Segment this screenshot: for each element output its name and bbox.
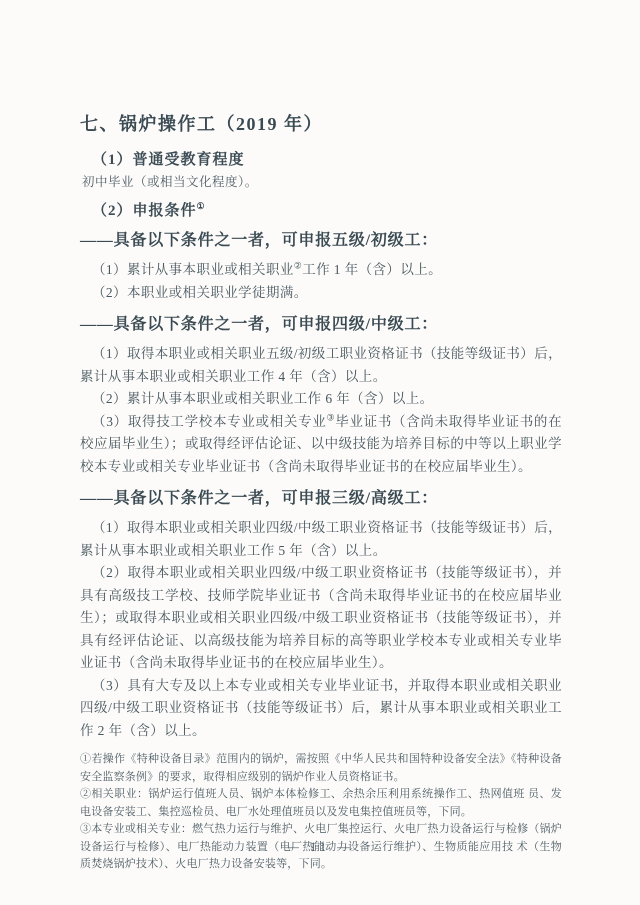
- requirement-item: （1）累计从事本职业或相关职业②工作 1 年（含）以上。: [80, 259, 562, 282]
- requirement-item: （2）累计从事本职业或相关职业工作 6 年（含）以上。: [80, 388, 562, 411]
- level4-heading: ——具备以下条件之一者，可申报四级/中级工：: [80, 314, 562, 336]
- footnote-ref-3-marker: ③: [326, 412, 335, 422]
- item-text: 工作 1 年（含）以上。: [302, 262, 442, 277]
- requirement-item: （2）取得本职业或相关职业四级/中级工职业资格证书（技能等级证书），并具有高级技…: [80, 562, 562, 675]
- requirement-item: （1）取得本职业或相关职业五级/初级工职业资格证书（技能等级证书）后，累计从事本…: [80, 343, 562, 388]
- footnote-2: ②相关职业：锅炉运行值班人员、锅炉本体检修工、余热余压利用系统操作工、热网值班 …: [80, 786, 562, 821]
- application-heading: （2）申报条件①: [92, 199, 562, 220]
- application-heading-text: （2）申报条件: [92, 203, 197, 219]
- block-level5-junior: ——具备以下条件之一者，可申报五级/初级工： （1）累计从事本职业或相关职业②工…: [80, 230, 562, 304]
- section-education: （1）普通受教育程度 初中毕业（或相当文化程度）。: [80, 148, 562, 191]
- item-text: （2）本职业或相关职业学徒期满。: [92, 285, 308, 300]
- requirement-item: （1）取得本职业或相关职业四级/中级工职业资格证书（技能等级证书）后，累计从事本…: [80, 517, 562, 562]
- block-level3-senior: ——具备以下条件之一者，可申报三级/高级工： （1）取得本职业或相关职业四级/中…: [80, 488, 562, 742]
- requirement-item: （3）取得技工学校本专业或相关专业③毕业证书（含尚未取得毕业证书的在校应届毕业生…: [80, 411, 562, 479]
- requirement-item: （3）具有大专及以上本专业或相关专业毕业证书，并取得本职业或相关职业四级/中级工…: [80, 675, 562, 743]
- requirement-item: （2）本职业或相关职业学徒期满。: [80, 282, 562, 305]
- item-text: （3）具有大专及以上本专业或相关专业毕业证书，并取得本职业或相关职业四级/中级工…: [80, 678, 562, 738]
- scanned-document-page: 七、锅炉操作工（2019 年） （1）普通受教育程度 初中毕业（或相当文化程度）…: [0, 0, 640, 905]
- item-text: （3）取得技工学校本专业或相关专业: [92, 414, 326, 429]
- block-level4-intermediate: ——具备以下条件之一者，可申报四级/中级工： （1）取得本职业或相关职业五级/初…: [80, 314, 562, 478]
- section-application-conditions: （2）申报条件①: [80, 199, 562, 220]
- item-text: （1）累计从事本职业或相关职业: [92, 262, 294, 277]
- item-text: （1）取得本职业或相关职业五级/初级工职业资格证书（技能等级证书）后，累计从事本…: [80, 346, 562, 384]
- item-text: （2）累计从事本职业或相关职业工作 6 年（含）以上。: [92, 391, 434, 406]
- level3-heading: ——具备以下条件之一者，可申报三级/高级工：: [80, 488, 562, 510]
- item-text: （1）取得本职业或相关职业四级/中级工职业资格证书（技能等级证书）后，累计从事本…: [80, 520, 562, 558]
- page-title: 七、锅炉操作工（2019 年）: [80, 110, 562, 136]
- page-number: — 11 —: [0, 840, 640, 855]
- item-text: （2）取得本职业或相关职业四级/中级工职业资格证书（技能等级证书），并具有高级技…: [80, 565, 562, 670]
- level5-heading: ——具备以下条件之一者，可申报五级/初级工：: [80, 230, 562, 252]
- footnote-ref-2-marker: ②: [294, 261, 302, 271]
- footnote-1: ①若操作《特种设备目录》范围内的锅炉，需按照《中华人民共和国特种设备安全法》《特…: [80, 751, 562, 786]
- education-heading: （1）普通受教育程度: [92, 148, 562, 169]
- footnote-ref-1-marker: ①: [197, 201, 206, 211]
- education-body: 初中毕业（或相当文化程度）。: [82, 174, 562, 191]
